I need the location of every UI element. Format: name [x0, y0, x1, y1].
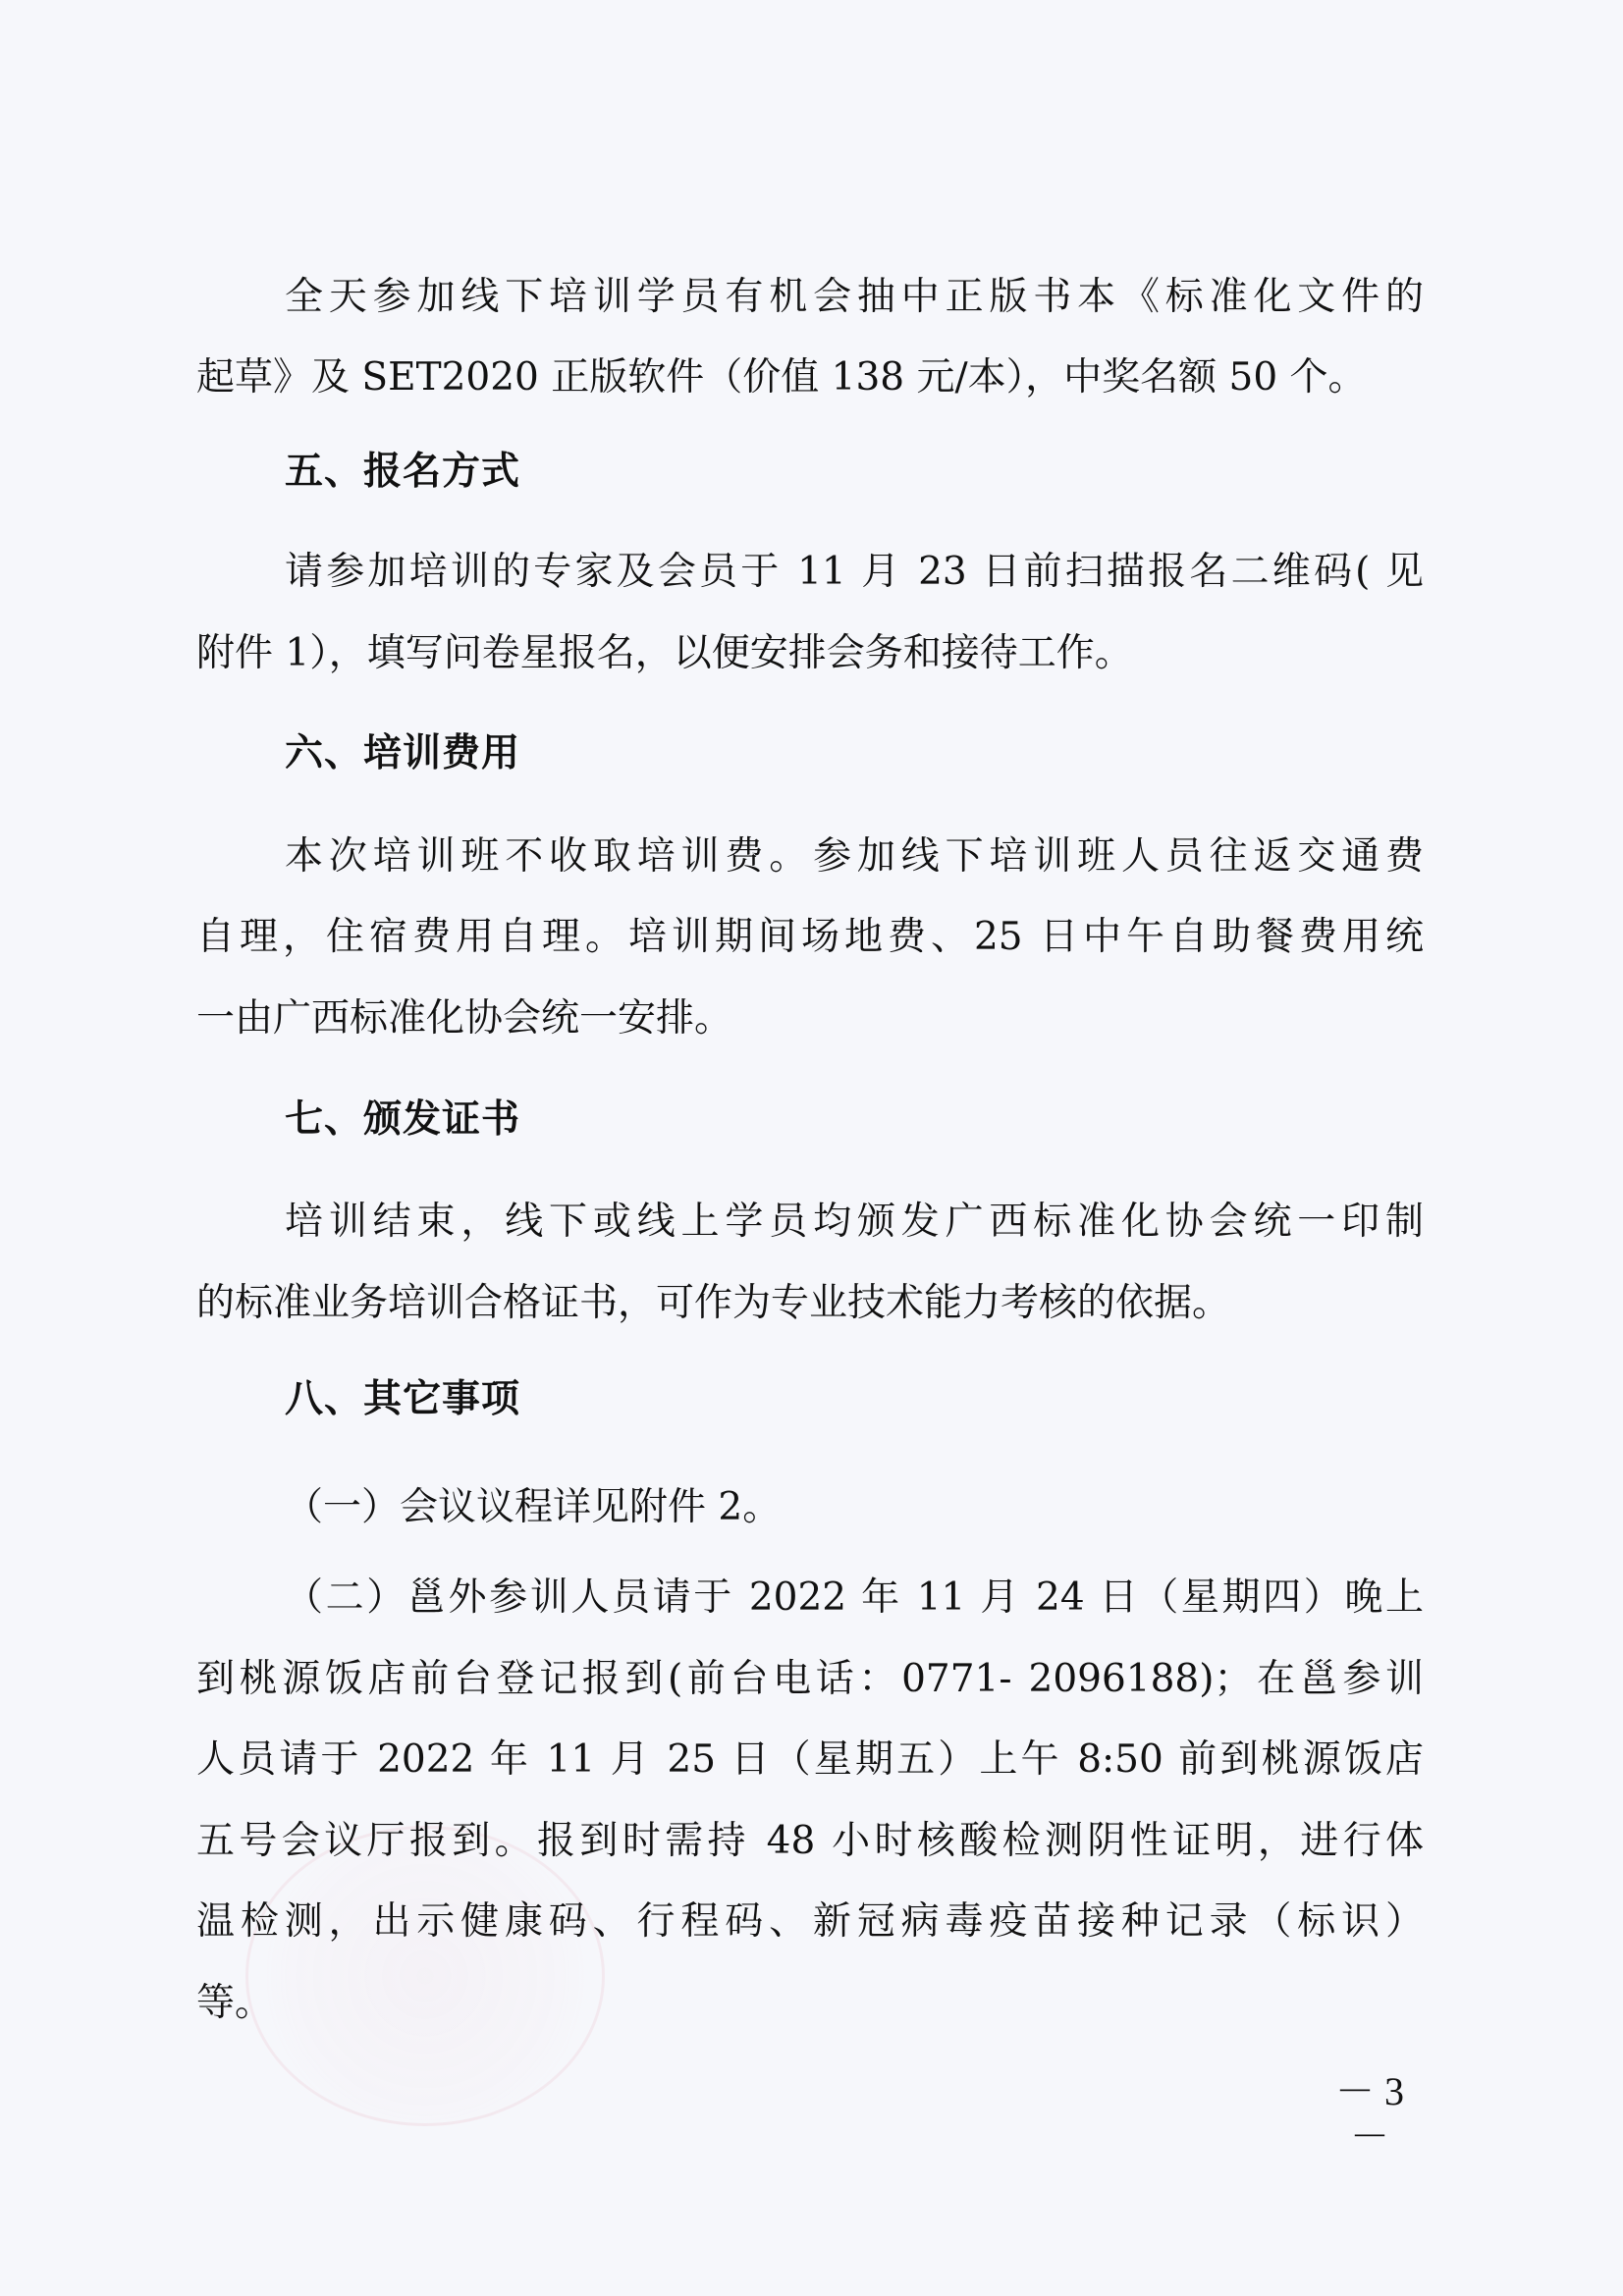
- section-heading-certificate: 七、颁发证书: [285, 1097, 520, 1143]
- section8-item-2-line-5: 温检测，出示健康码、行程码、新冠病毒疫苗接种记录（标识）: [196, 1899, 1424, 1945]
- section8-item-1: （一）会议议程详见附件 2。: [285, 1485, 1424, 1530]
- section8-item-2-line-6: 等。: [196, 1981, 1424, 2026]
- section5-line-1: 请参加培训的专家及会员于 11 月 23 日前扫描报名二维码( 见: [285, 550, 1424, 595]
- section6-line-1: 本次培训班不收取培训费。参加线下培训班人员往返交通费: [285, 834, 1424, 880]
- section6-line-3: 一由广西标准化协会统一安排。: [196, 996, 1424, 1041]
- paragraph-prize-line-2: 起草》及 SET2020 正版软件（价值 138 元/本），中奖名额 50 个。: [196, 355, 1424, 400]
- section5-line-2: 附件 1），填写问卷星报名，以便安排会务和接待工作。: [196, 631, 1424, 676]
- section-heading-fees: 六、培训费用: [285, 731, 520, 776]
- page-number: － 3 －: [1316, 2069, 1424, 2160]
- stamp-ghost-mark: [245, 1826, 605, 2126]
- section-heading-registration: 五、报名方式: [285, 450, 520, 495]
- section7-line-2: 的标准业务培训合格证书，可作为专业技术能力考核的依据。: [196, 1281, 1424, 1326]
- paragraph-prize-line-1: 全天参加线下培训学员有机会抽中正版书本《标准化文件的: [285, 275, 1424, 320]
- section6-line-2: 自理，住宿费用自理。培训期间场地费、25 日中午自助餐费用统: [196, 915, 1424, 960]
- section8-item-2-line-4: 五号会议厅报到。报到时需持 48 小时核酸检测阴性证明，进行体: [196, 1819, 1424, 1864]
- section7-line-1: 培训结束，线下或线上学员均颁发广西标准化协会统一印制: [285, 1200, 1424, 1245]
- section8-item-2-line-3: 人员请于 2022 年 11 月 25 日（星期五）上午 8:50 前到桃源饭店: [196, 1737, 1424, 1783]
- section-heading-other-matters: 八、其它事项: [285, 1377, 520, 1422]
- section8-item-2-line-1: （二）邕外参训人员请于 2022 年 11 月 24 日（星期四）晚上: [285, 1575, 1424, 1621]
- section8-item-2-line-2: 到桃源饭店前台登记报到(前台电话：0771- 2096188)；在邕参训: [196, 1657, 1424, 1702]
- document-page: 全天参加线下培训学员有机会抽中正版书本《标准化文件的 起草》及 SET2020 …: [0, 0, 1623, 2296]
